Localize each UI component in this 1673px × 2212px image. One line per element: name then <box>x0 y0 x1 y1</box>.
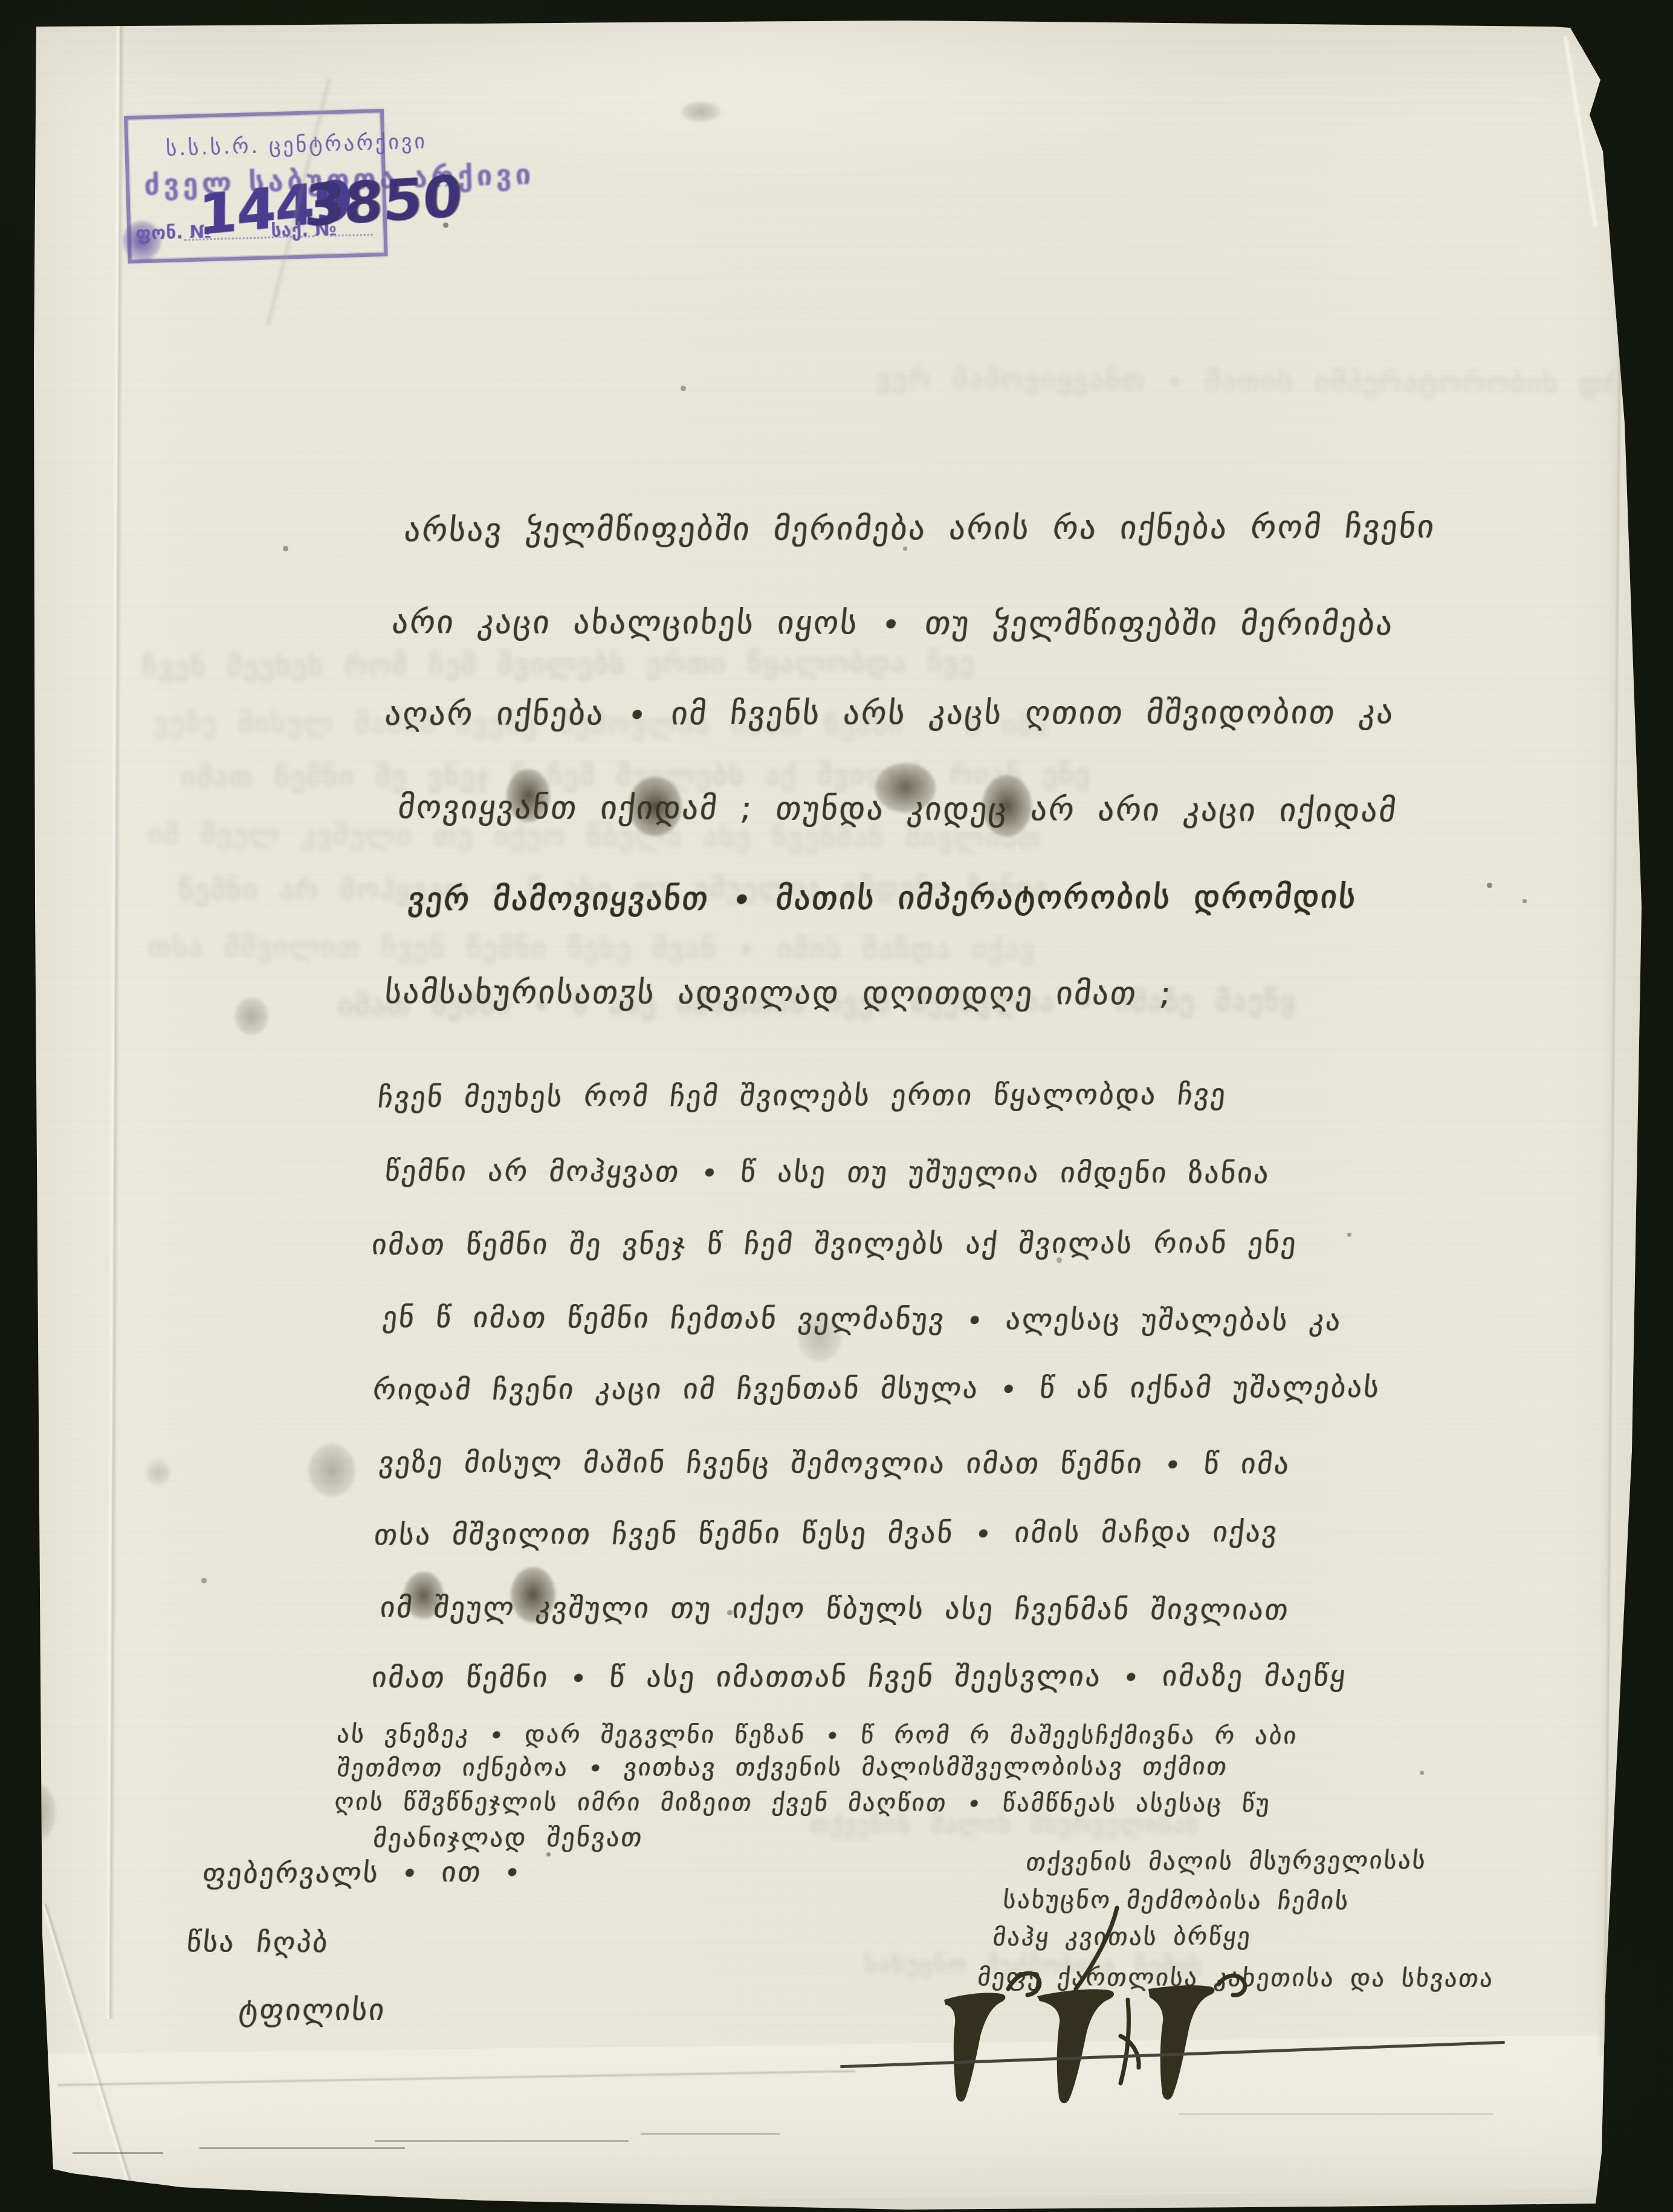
paper-right-edge-highlight <box>1596 181 1623 2055</box>
ink-blot <box>875 763 936 812</box>
closing-line: თქვენის მალის მსურველისას <box>1024 1847 1428 1876</box>
handwritten-line: წემნი არ მოჰყვათ ∙ წ ასე თუ უშუელია იმდე… <box>383 1155 1272 1190</box>
backing-sheet-area <box>33 2035 1619 2208</box>
ink-smudge <box>682 102 720 122</box>
ink-blot <box>982 775 1032 837</box>
date-place-line: ტფილისი <box>237 1993 387 2028</box>
pencil-mark <box>199 2147 405 2149</box>
pencil-mark <box>375 2140 629 2142</box>
bleedthrough-text: ვერ მამოვიყვანთ ∙ მათის იმპერატორობის დრ… <box>876 362 1673 400</box>
handwritten-line: იმათ წემნი შე ვნეჯ წ ჩემ შვილებს აქ შვილ… <box>370 1227 1299 1262</box>
handwritten-line: აღარ იქნება ∙ იმ ჩვენს არს კაცს ღთით მშვ… <box>383 695 1396 733</box>
ink-smudge <box>235 997 268 1035</box>
ink-blot <box>404 1572 444 1619</box>
archive-stamp: ს.ს.ს.რ. ცენტრარქივი ძველ საბუთთა არქივი… <box>124 109 388 264</box>
ink-blot <box>511 1567 555 1623</box>
ink-smudge <box>146 1460 170 1485</box>
handwritten-line: ვეზე მისულ მაშინ ჩვენც შემოვლია იმათ წემ… <box>377 1446 1292 1481</box>
handwritten-line: არი კაცი ახალციხეს იყოს ∙ თუ ჴელმწიფებში… <box>390 605 1396 643</box>
handwritten-line: ენ წ იმათ წემნი ჩემთან ველმანუვ ∙ ალესაც… <box>381 1301 1344 1338</box>
handwritten-line: ჩვენ მეუხეს რომ ჩემ შვილებს ერთი წყალობდ… <box>376 1078 1228 1114</box>
closing-line: მაჰყ კვითას ბრწყე <box>991 1923 1253 1951</box>
handwritten-line: იმათ წემნი ∙ წ ასე იმათთან ჩვენ შეესვლია… <box>370 1659 1348 1695</box>
torn-corner-crease <box>1562 36 1599 228</box>
ink-blot <box>506 769 550 822</box>
paper-fold-crease <box>105 24 125 2019</box>
closing-line: სახუცნო მეძმობისა ჩემის <box>1002 1886 1351 1915</box>
date-month-line: ფებერვალს ∙ ით ∙ <box>201 1855 525 1890</box>
erekle-signature <box>936 1976 1274 2115</box>
bleedthrough-text: ჩვენ მეუხეს რომ ჩემ შვილებს ერთი წყალობდ… <box>142 646 976 683</box>
stamp-case-number: 3850 <box>303 164 464 241</box>
date-year-line: წსა ჩღპბ <box>185 1925 331 1959</box>
manuscript-page: ვერ მამოვიყვანთ ∙ მათის იმპერატორობის დრ… <box>0 0 1673 2212</box>
stamp-line-1: ს.ს.ს.რ. ცენტრარქივი <box>166 129 427 161</box>
handwritten-line: ას ვნეზეკ ∙ დარ შეგვლნი წეზან ∙ წ რომ რ … <box>335 1721 1299 1750</box>
ink-blot <box>629 777 682 836</box>
ink-smudge <box>308 1444 355 1497</box>
paper-specks <box>0 0 3 3</box>
pencil-mark <box>1179 2113 1493 2115</box>
ink-smudge <box>798 1315 841 1362</box>
pencil-mark <box>641 2133 780 2135</box>
bleedthrough-text: თსა მშვილით ჩვენ წემნი წესე მვან ∙ იმის … <box>148 930 1037 965</box>
archive-photo-background: ვერ მამოვიყვანთ ∙ მათის იმპერატორობის დრ… <box>0 0 1673 2212</box>
handwritten-line: ღის წშვწნეჯლის იმრი მიზეით ქვენ მაღწით ∙… <box>333 1788 1272 1818</box>
handwritten-line: მეანიჯლად შენვათ <box>372 1822 645 1853</box>
pencil-mark <box>73 2152 163 2154</box>
handwritten-line: რიდამ ჩვენი კაცი იმ ჩვენთან მსულა ∙ წ ან… <box>371 1371 1382 1407</box>
handwritten-line: სამსახურისათჳს ადვილად დღითდღე იმათ ; <box>383 975 1174 1012</box>
handwritten-line: არსავ ჴელმწიფებში მერიმება არის რა იქნებ… <box>403 509 1437 549</box>
handwritten-line: ვერ მამოვიყვანთ ∙ მათის იმპერატორობის დრ… <box>406 879 1359 918</box>
handwritten-line: შეთმოთ იქნებოა ∙ ვითხავ თქვენის მალისმშვ… <box>335 1753 1229 1782</box>
handwritten-line: თსა მშვილით ჩვენ წემნი წესე მვან ∙ იმის … <box>372 1516 1280 1552</box>
ink-smudge <box>17 1783 56 1841</box>
